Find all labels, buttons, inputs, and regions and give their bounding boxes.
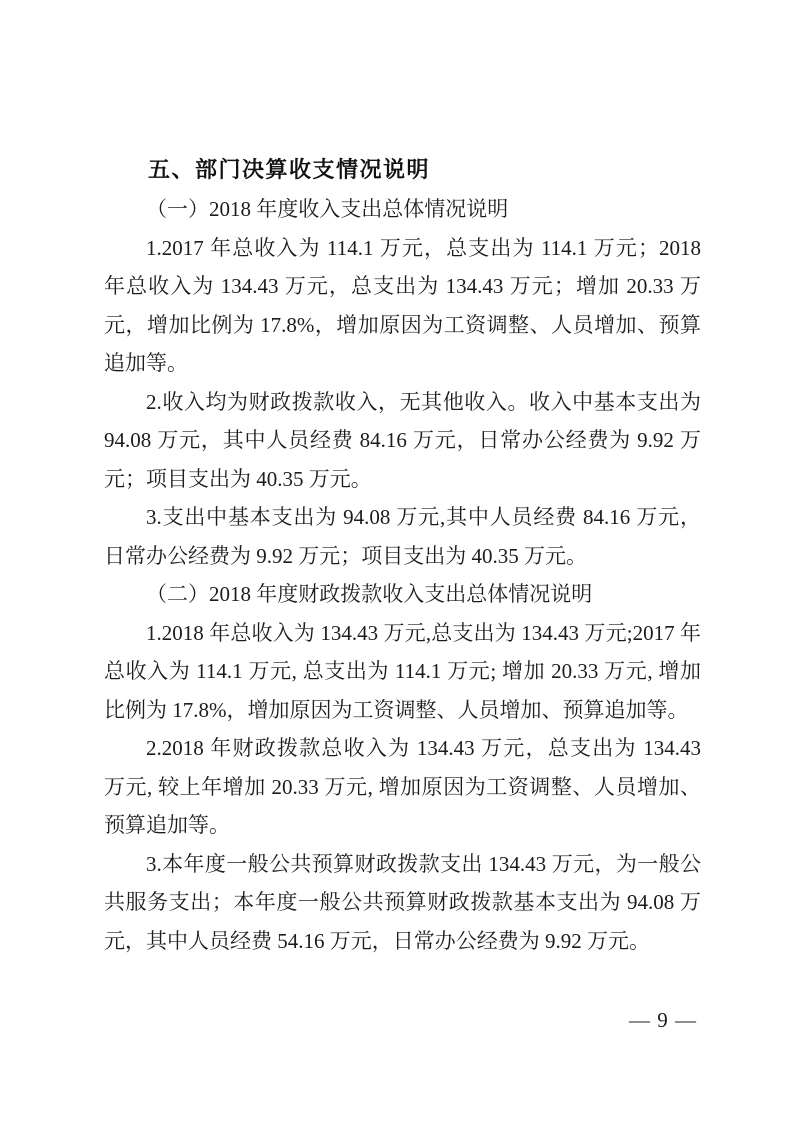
paragraph-fiscal-total: 1.2018 年总收入为 134.43 万元,总支出为 134.43 万元;20… bbox=[104, 614, 701, 730]
document-body: 五、部门决算收支情况说明 （一）2018 年度收入支出总体情况说明 1.2017… bbox=[104, 150, 701, 960]
paragraph-total-income-expense: 1.2017 年总收入为 114.1 万元，总支出为 114.1 万元；2018… bbox=[104, 229, 701, 383]
page-number: — 9 — bbox=[629, 1008, 697, 1032]
subsection-heading-1: （一）2018 年度收入支出总体情况说明 bbox=[104, 190, 701, 229]
paragraph-income-detail: 2.收入均为财政拨款收入，无其他收入。收入中基本支出为 94.08 万元，其中人… bbox=[104, 383, 701, 499]
section-heading: 五、部门决算收支情况说明 bbox=[104, 150, 701, 190]
paragraph-public-budget: 3.本年度一般公共预算财政拨款支出 134.43 万元，为一般公共服务支出；本年… bbox=[104, 845, 701, 961]
paragraph-fiscal-allocation: 2.2018 年财政拨款总收入为 134.43 万元，总支出为 134.43 万… bbox=[104, 729, 701, 845]
document-page: 五、部门决算收支情况说明 （一）2018 年度收入支出总体情况说明 1.2017… bbox=[0, 0, 793, 1122]
paragraph-expense-detail: 3.支出中基本支出为 94.08 万元,其中人员经费 84.16 万元，日常办公… bbox=[104, 498, 701, 575]
subsection-heading-2: （二）2018 年度财政拨款收入支出总体情况说明 bbox=[104, 575, 701, 614]
